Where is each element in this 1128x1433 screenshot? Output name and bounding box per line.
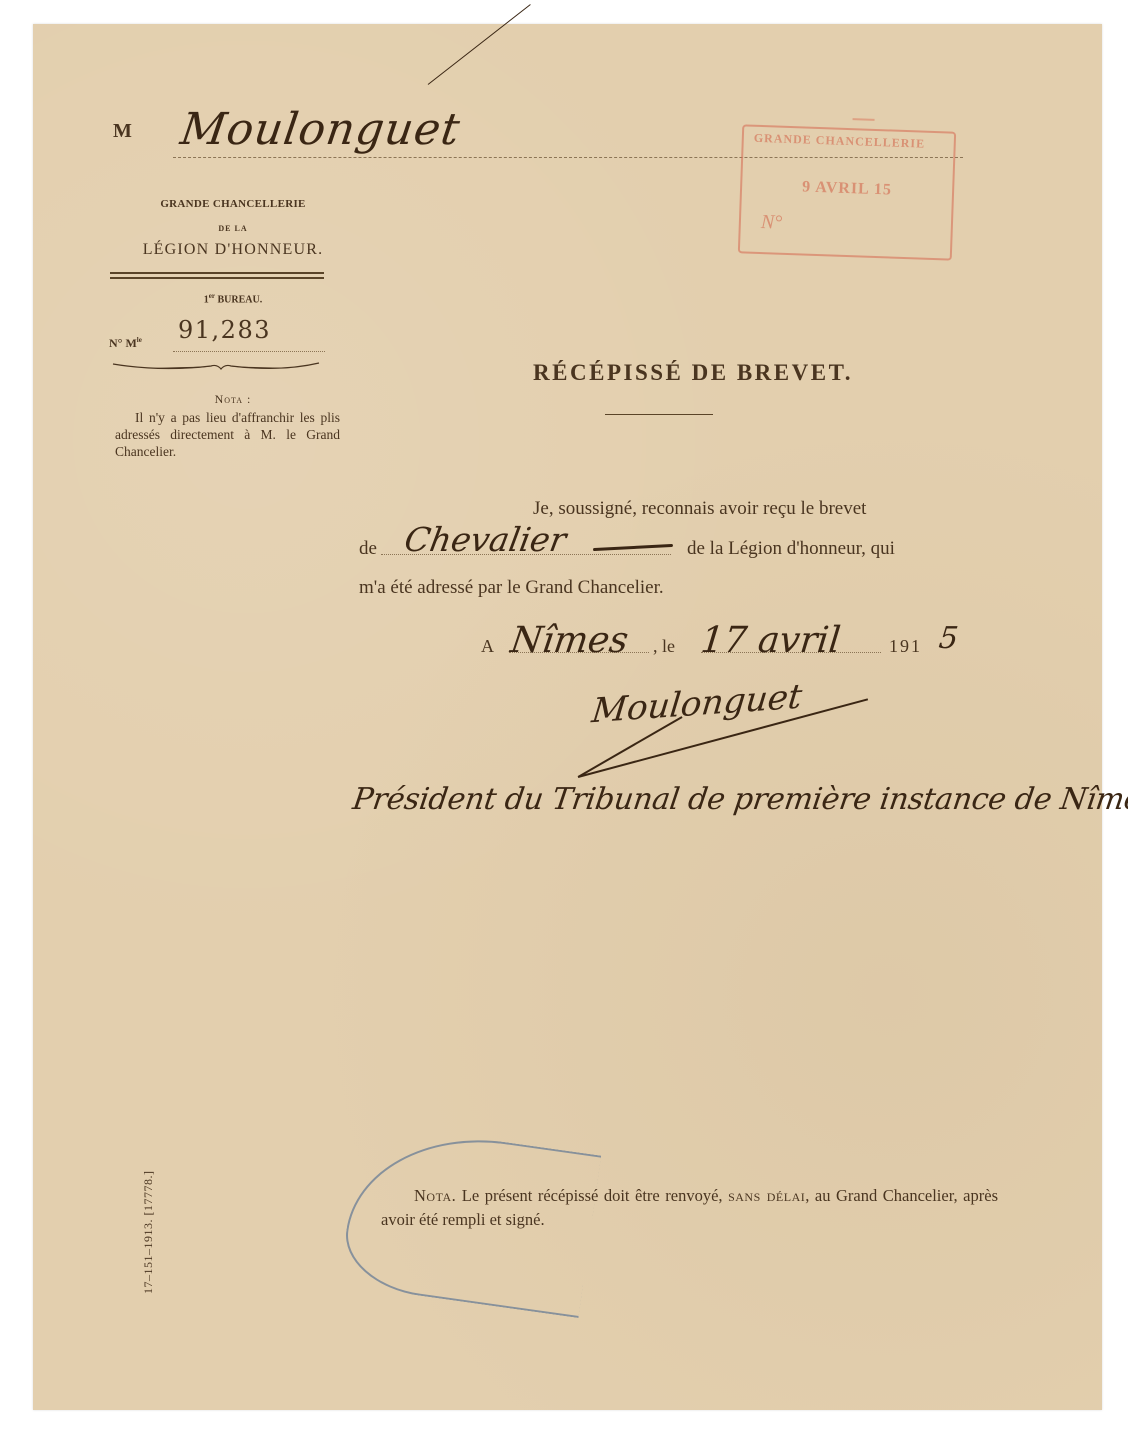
place-le-label: , le xyxy=(653,636,675,657)
date-handwritten: 17 avril xyxy=(699,620,843,661)
print-code-vertical: 17–151–1913. [17778.] xyxy=(141,1171,156,1295)
place-handwritten: Nîmes xyxy=(508,620,631,661)
body-de-prefix: de xyxy=(359,538,377,560)
page-title: RÉCÉPISSÉ DE BREVET. xyxy=(483,360,903,386)
matricule-label-sup: le xyxy=(137,336,142,344)
matricule-number: 91,283 xyxy=(178,316,271,344)
institution-line1: GRANDE CHANCELLERIE xyxy=(113,198,353,210)
footer-note-emphasis: sans délai xyxy=(728,1186,805,1205)
body-line-1: Je, soussigné, reconnais avoir reçu le b… xyxy=(533,498,866,520)
institution-line2: DE LA xyxy=(113,224,353,233)
footer-note: Nota. Le présent récépissé doit être ren… xyxy=(381,1184,998,1232)
footer-note-part1: Le présent récépissé doit être renvoyé, xyxy=(456,1186,728,1205)
place-a-label: A xyxy=(481,636,494,657)
ornamental-divider-icon xyxy=(111,360,321,374)
stamp-number-label: N° xyxy=(760,211,782,235)
year-printed: 191 xyxy=(889,636,922,657)
bureau-ordinal-sup: er xyxy=(209,292,215,300)
body-line-3: m'a été adressé par le Grand Chancelier. xyxy=(359,577,664,599)
nota-text: Il n'y a pas lieu d'affranchir les plis … xyxy=(115,409,340,460)
nota-heading: Nota : xyxy=(113,392,353,407)
bureau-text: BUREAU. xyxy=(217,294,262,305)
footer-note-lead: Nota. xyxy=(414,1186,456,1205)
institution-line3: LÉGION D'HONNEUR. xyxy=(113,241,353,259)
matricule-label-text: N° M xyxy=(109,336,137,350)
matricule-dotted-line xyxy=(173,351,325,352)
addressee-prefix: M xyxy=(113,120,132,143)
document-page: M Moulonguet GRANDE CHANCELLERIE DE LA L… xyxy=(33,24,1102,1410)
addressee-handwritten-name: Moulonguet xyxy=(177,104,463,155)
bureau-label: 1er BUREAU. xyxy=(113,292,353,305)
stamp-date: 9 AVRIL 15 xyxy=(802,178,892,199)
signer-title-handwritten: Président du Tribunal de première instan… xyxy=(351,782,1128,817)
rank-pen-stroke xyxy=(593,544,673,551)
stamp-top-mark xyxy=(852,118,875,135)
reception-stamp: GRANDE CHANCELLERIE 9 AVRIL 15 N° xyxy=(738,124,956,260)
body-line-2: de la Légion d'honneur, qui xyxy=(687,538,895,560)
matricule-label: N° Mle xyxy=(109,336,142,351)
addressee-pen-stroke xyxy=(428,4,531,85)
double-rule-divider xyxy=(110,272,324,279)
title-rule xyxy=(605,414,713,415)
rank-handwritten: Chevalier xyxy=(402,520,570,559)
year-handwritten: 5 xyxy=(937,621,960,656)
stamp-institution: GRANDE CHANCELLERIE xyxy=(754,131,926,152)
